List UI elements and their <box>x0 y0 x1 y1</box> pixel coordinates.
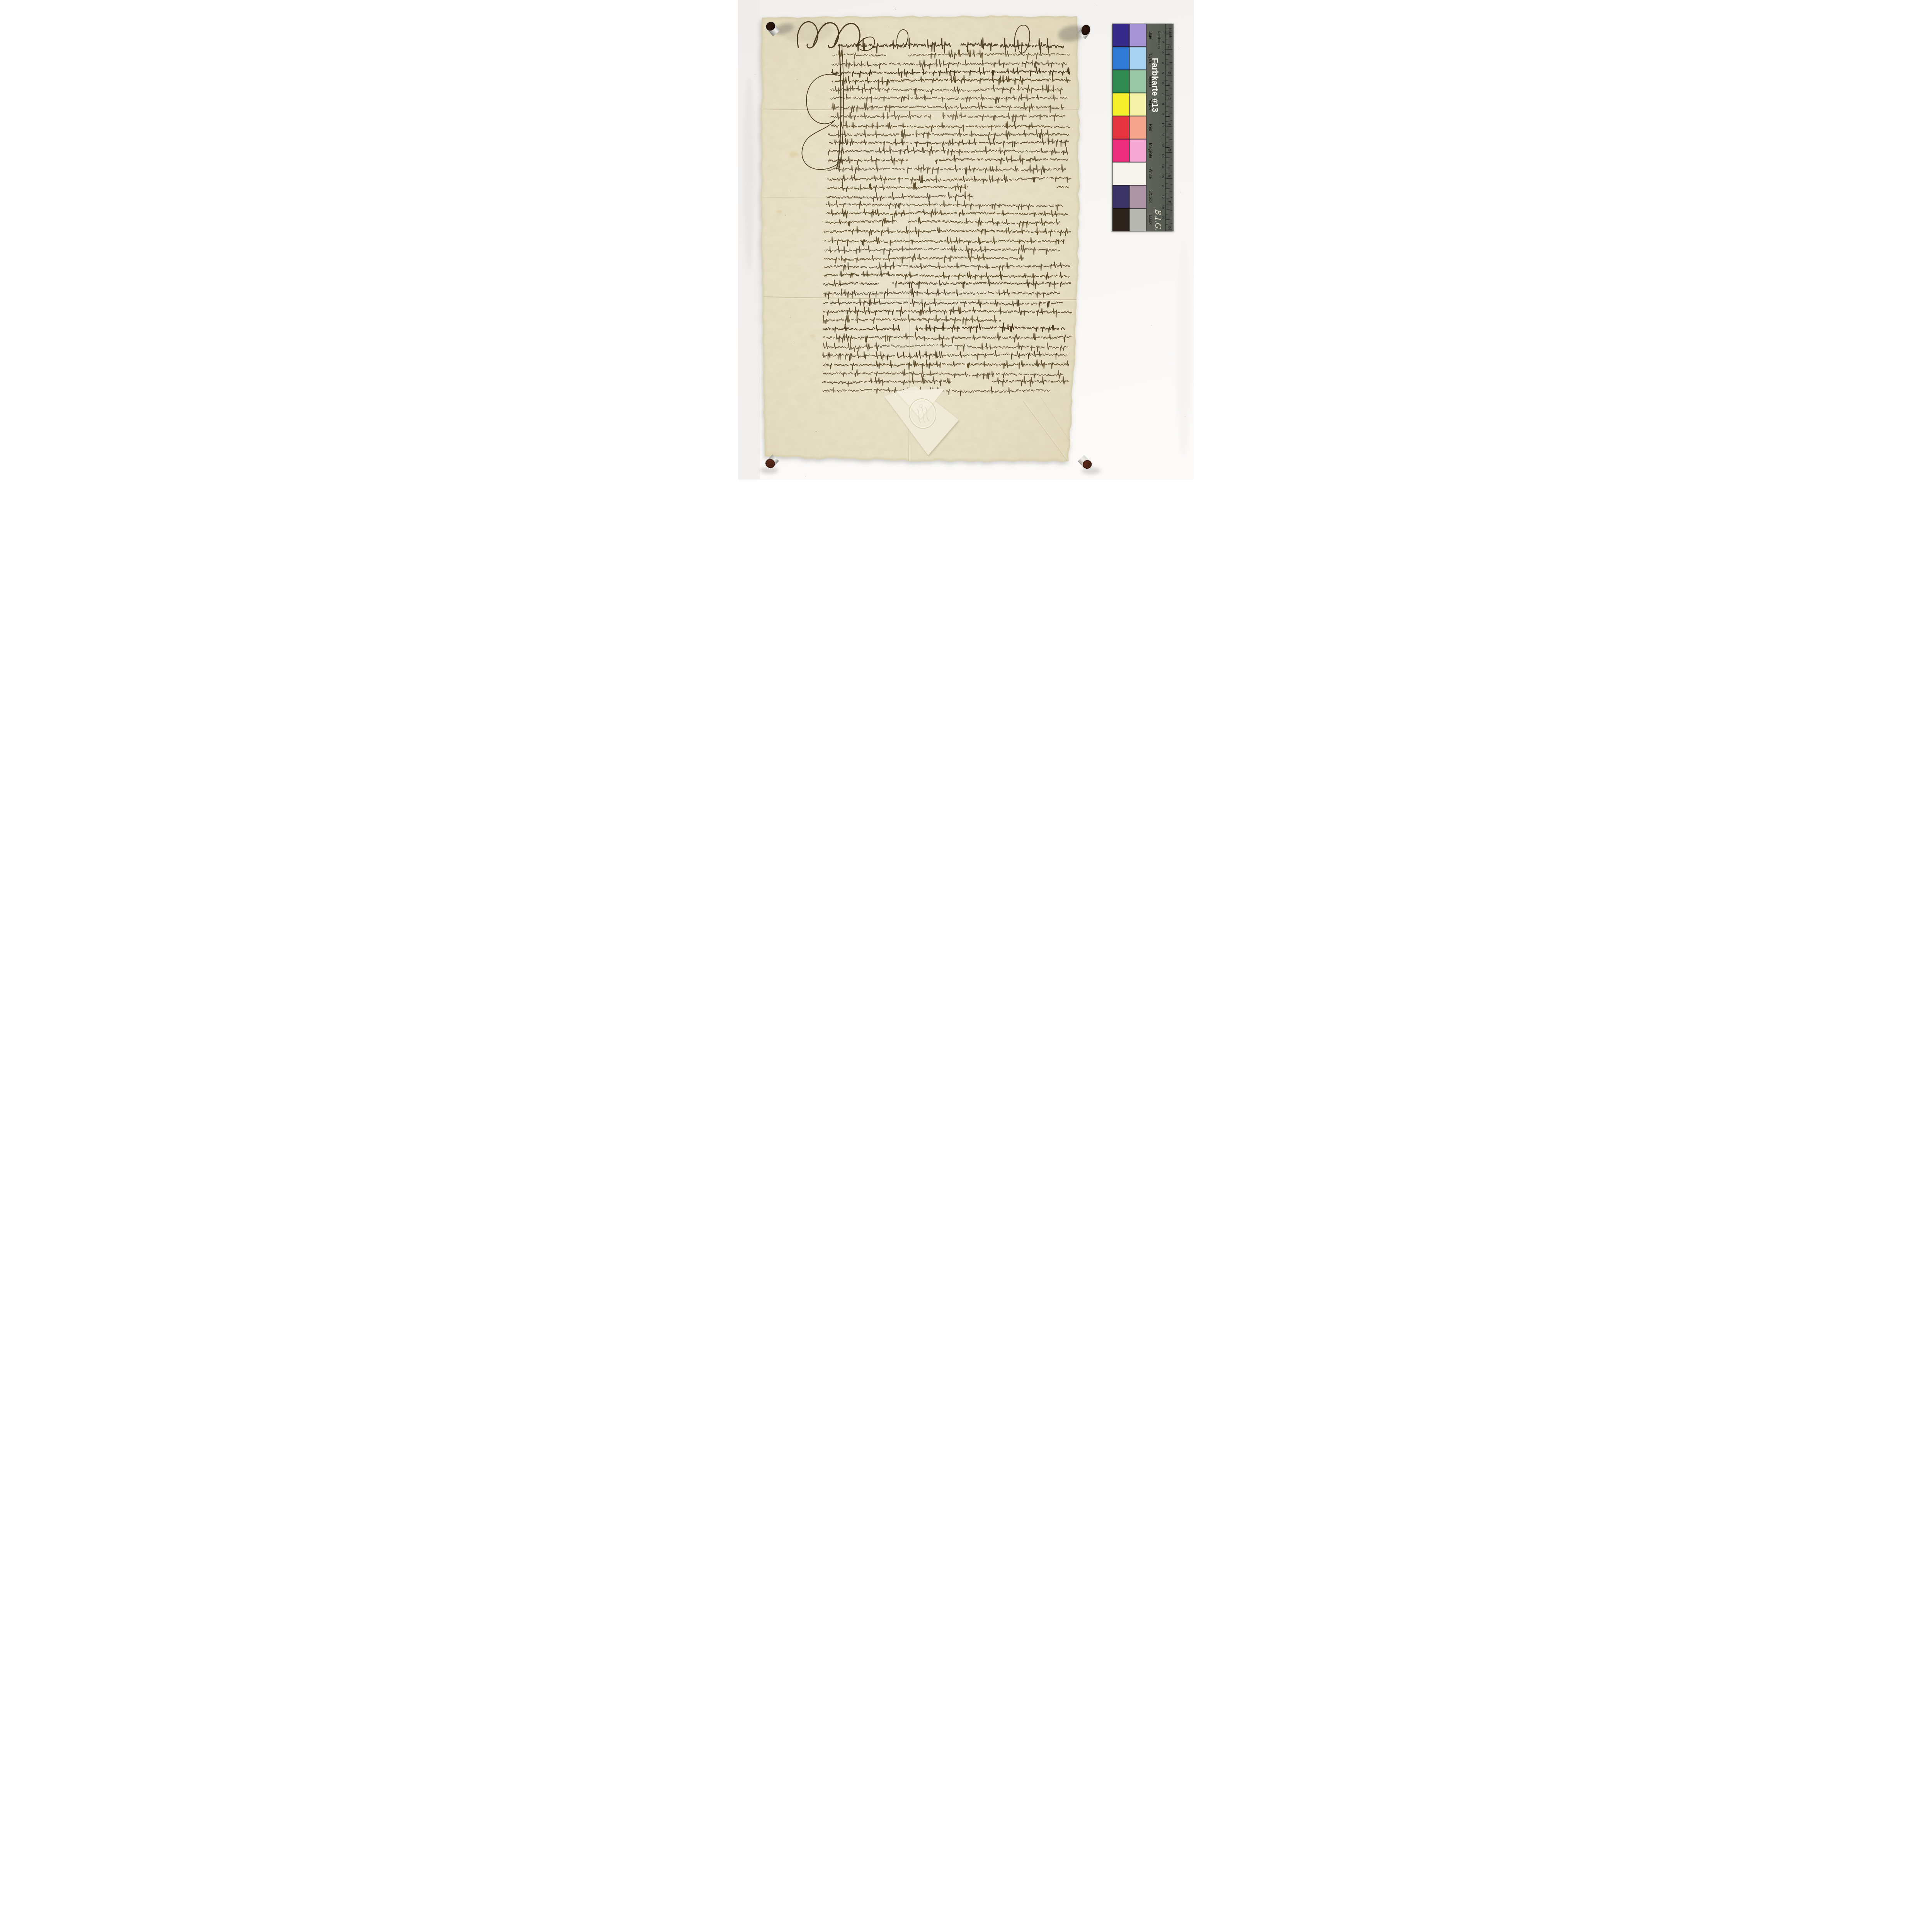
paper-speck <box>797 79 798 80</box>
inch-number: 2 <box>1167 72 1172 74</box>
paper-speck <box>998 168 999 169</box>
cm-number: 3 <box>1161 51 1165 53</box>
paper-speck <box>844 369 845 369</box>
color-swatch-green-solid <box>1113 70 1129 93</box>
color-swatch-black-solid <box>1113 209 1129 231</box>
paper-speck <box>800 114 801 114</box>
cm-number: 16 <box>1161 184 1165 189</box>
paper-speck <box>925 64 926 65</box>
paper-speck <box>973 198 974 199</box>
paper-speck <box>908 281 909 281</box>
paper-speck <box>1039 147 1039 148</box>
paper-speck <box>923 99 923 100</box>
paper-speck <box>1035 46 1036 47</box>
cm-number: 11 <box>1161 133 1165 137</box>
paper-speck <box>837 26 837 26</box>
paper-speck <box>886 71 886 72</box>
cm-number: 5 <box>1161 72 1165 74</box>
paper-speck <box>1049 241 1049 241</box>
paper-speck <box>1042 75 1043 76</box>
cm-number: 8 <box>1161 103 1165 105</box>
paper-speck <box>968 131 968 132</box>
paper-speck <box>937 384 938 384</box>
paper-speck <box>831 428 831 429</box>
paper-speck <box>1056 46 1056 47</box>
paper-speck <box>1046 434 1046 434</box>
paper-speck <box>790 190 791 191</box>
paper-speck <box>860 208 860 209</box>
color-swatch-yellow-solid <box>1113 93 1129 116</box>
cm-number: 13 <box>1161 153 1165 158</box>
swatch-label-blue: Blue <box>1148 31 1152 39</box>
paper-speck <box>816 431 816 432</box>
brand-mark: B.I.G. <box>1153 209 1162 231</box>
metric-scale-label: Centimetres <box>1157 31 1161 49</box>
paper-speck <box>935 253 935 253</box>
paper-speck <box>1009 98 1010 99</box>
paper-speck <box>822 221 823 222</box>
paper-speck <box>1000 361 1001 362</box>
paper-speck <box>835 321 835 321</box>
archive-photo: BlueCyanGreenYellowRedMagentaWhite3/Colo… <box>738 0 1194 480</box>
inch-number: 4 <box>1167 123 1172 126</box>
inch-number: 1 <box>1167 46 1172 48</box>
paper-speck <box>879 197 879 198</box>
color-swatch-magenta-solid <box>1113 139 1129 162</box>
photo-canvas: BlueCyanGreenYellowRedMagentaWhite3/Colo… <box>738 0 1194 480</box>
color-swatch-3-color-solid <box>1113 185 1129 208</box>
paper-speck <box>890 188 891 189</box>
paper-speck <box>887 344 888 344</box>
cm-number: 7 <box>1161 93 1165 95</box>
imperial-scale-label: Inches <box>1168 28 1172 38</box>
paper-speck <box>878 340 878 340</box>
cm-number: 12 <box>1161 143 1165 147</box>
cm-number: 17 <box>1161 195 1165 199</box>
paper-speck <box>1011 399 1012 400</box>
color-swatch-cyan-solid <box>1113 47 1129 70</box>
cm-number: 1 <box>1161 31 1165 33</box>
cm-number: 18 <box>1161 205 1165 209</box>
inch-number: 7 <box>1167 201 1172 202</box>
paper-speck <box>830 43 830 43</box>
color-swatch-red-tint <box>1129 116 1146 139</box>
paper-speck <box>1024 276 1024 276</box>
paper-speck <box>792 111 793 111</box>
color-swatch-cyan-tint <box>1129 47 1146 70</box>
cm-number: 10 <box>1161 122 1165 127</box>
card-title: Farbkarte #13 <box>1150 58 1160 112</box>
paper-speck <box>852 211 853 212</box>
cm-number: 2 <box>1161 41 1165 43</box>
paper-speck <box>894 39 895 40</box>
paper-speck <box>802 169 802 169</box>
manuscript-sheet <box>756 12 1094 474</box>
paper-speck <box>790 317 791 318</box>
paper-speck <box>919 364 919 364</box>
paper-speck <box>929 367 930 368</box>
paper-speck <box>943 157 944 158</box>
color-swatch-black-tint <box>1129 209 1146 231</box>
cm-number: 6 <box>1161 82 1165 84</box>
inch-number: 8 <box>1167 226 1172 228</box>
paper-speck <box>883 341 884 342</box>
paper-speck <box>888 27 889 27</box>
color-swatch-white <box>1113 163 1146 185</box>
paper-speck <box>998 384 999 384</box>
inch-number: 5 <box>1167 149 1172 151</box>
cm-number: 14 <box>1161 164 1165 168</box>
paper-speck <box>850 325 850 326</box>
paper-speck <box>1036 271 1036 272</box>
color-card: BlueCyanGreenYellowRedMagentaWhite3/Colo… <box>1111 24 1173 231</box>
paper-speck <box>794 343 794 344</box>
paper-speck <box>785 215 786 216</box>
color-swatch-yellow-tint <box>1129 93 1146 116</box>
color-swatch-green-tint <box>1129 70 1146 93</box>
paper-speck <box>861 136 862 136</box>
paper-speck <box>938 128 939 129</box>
inch-number: 3 <box>1167 97 1172 99</box>
color-swatch-blue-tint <box>1129 24 1146 46</box>
paper-speck <box>861 336 861 337</box>
swatch-label-magenta: Magenta <box>1148 143 1152 158</box>
paper-speck <box>784 77 785 78</box>
paper-speck <box>874 223 874 224</box>
cm-number: 19 <box>1161 215 1165 219</box>
inch-number: 6 <box>1167 175 1172 177</box>
color-swatch-red-solid <box>1113 116 1129 139</box>
paper-speck <box>834 255 834 255</box>
paper-speck <box>976 125 977 125</box>
cm-number: 9 <box>1161 113 1165 115</box>
paper-speck <box>903 54 903 54</box>
paper-speck <box>895 133 895 133</box>
paper-speck <box>981 349 982 350</box>
cm-number: 15 <box>1161 174 1165 178</box>
swatch-label-black: Black <box>1148 215 1152 225</box>
swatch-label-red: Red <box>1148 124 1152 131</box>
color-swatch-magenta-tint <box>1129 139 1146 162</box>
paper-speck <box>830 115 830 116</box>
paper-speck <box>923 211 924 211</box>
swatch-label-white: White <box>1148 169 1152 179</box>
cm-number: 4 <box>1161 62 1165 64</box>
paper-speck <box>963 175 963 175</box>
swatch-label-3-color: 3/Color <box>1148 190 1152 203</box>
paper-speck <box>847 85 848 86</box>
color-swatch-blue-solid <box>1113 24 1129 46</box>
paper-speck <box>1040 119 1041 119</box>
paper-speck <box>997 409 997 410</box>
color-swatch-3-color-tint <box>1129 185 1146 208</box>
paper-speck <box>854 26 855 27</box>
paper-speck <box>862 183 862 183</box>
